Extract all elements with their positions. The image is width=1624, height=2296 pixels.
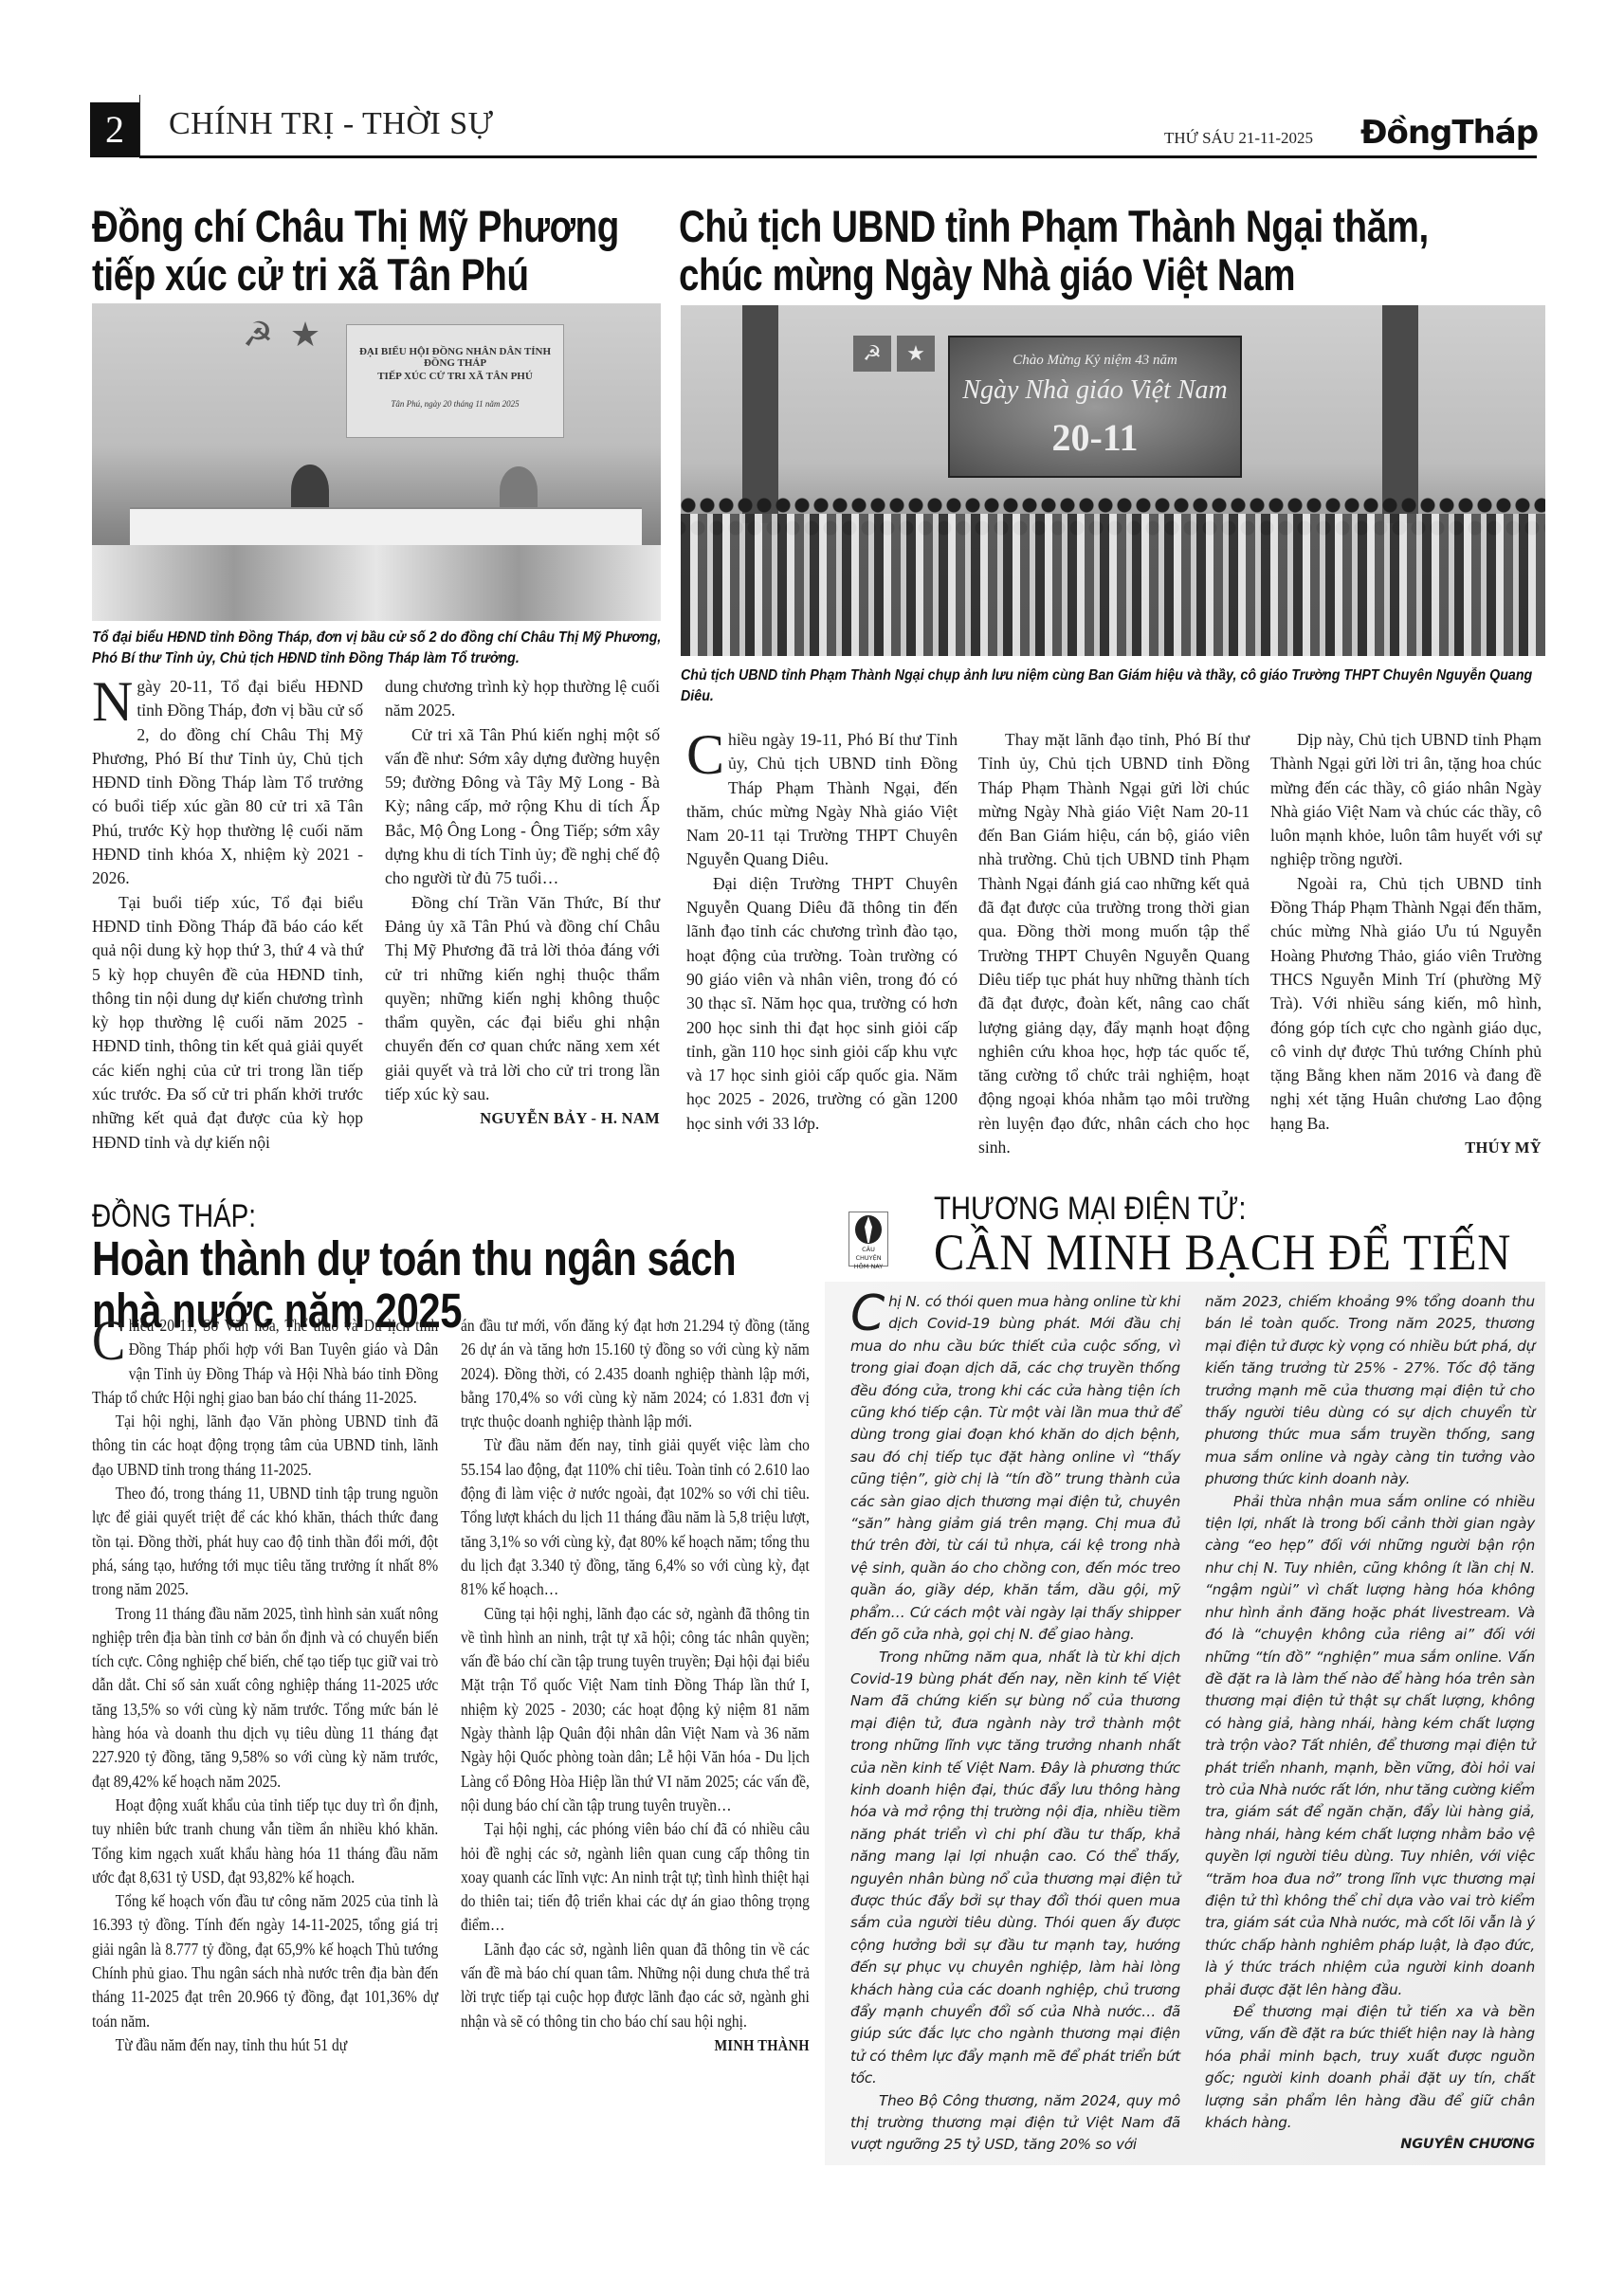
article4-col2: năm 2023, chiếm khoảng 9% tổng doanh thu… (1205, 1291, 1535, 2157)
article1-caption: Tổ đại biểu HĐND tỉnh Đồng Tháp, đơn vị … (92, 628, 667, 669)
dropcap: C (92, 1318, 125, 1363)
paragraph: hiều ngày 19-11, Phó Bí thư Tỉnh ủy, Chủ… (686, 730, 958, 868)
table-drape (92, 545, 661, 621)
paragraph: dung chương trình kỳ họp thường lệ cuối … (385, 675, 660, 723)
article2-col1: Chiều ngày 19-11, Phó Bí thư Tỉnh ủy, Ch… (686, 728, 958, 1136)
paragraph: Lãnh đạo các sở, ngành liên quan đã thôn… (461, 1938, 810, 2033)
header-divider (139, 95, 140, 157)
article1-photo: ☭ ★ ĐẠI BIỂU HỘI ĐỒNG NHÂN DÂN TỈNH ĐỒNG… (92, 303, 661, 621)
paragraph: Từ đầu năm đến nay, tỉnh giải quyết việc… (461, 1433, 810, 1601)
paragraph: Thay mặt lãnh đạo tỉnh, Phó Bí thư Tỉnh … (978, 728, 1250, 1159)
paragraph: Trong 11 tháng đầu năm 2025, tình hình s… (92, 1602, 438, 1794)
article2-headline: Chủ tịch UBND tỉnh Phạm Thành Ngại thăm,… (679, 203, 1534, 300)
paragraph: án đầu tư mới, vốn đăng ký đạt hơn 21.29… (461, 1314, 810, 1433)
logo-label: CÂU CHUYỆN HÔM NAY (849, 1246, 887, 1271)
screen-line1: Chào Mừng Kỷ niệm 43 năm (950, 353, 1240, 369)
masthead-logo: ĐồngTháp (1360, 114, 1538, 152)
article3-col2: án đầu tư mới, vốn đăng ký đạt hơn 21.29… (461, 1314, 810, 2057)
logo-label-line2: HÔM NAY (849, 1263, 887, 1271)
paragraph: Phải thừa nhận mua sắm online có nhiều t… (1205, 1491, 1535, 2001)
paragraph: Tại buổi tiếp xúc, Tổ đại biểu HĐND tỉnh… (92, 891, 363, 1155)
paragraph: Theo đó, trong tháng 11, UBND tỉnh tập t… (92, 1482, 438, 1601)
article1-headline: Đồng chí Châu Thị Mỹ Phương tiếp xúc cử … (92, 203, 651, 300)
logo-label-line1: CÂU CHUYỆN (849, 1246, 887, 1263)
article1-col1: Ngày 20-11, Tổ đại biểu HĐND tỉnh Đồng T… (92, 675, 363, 1155)
head-table (130, 507, 642, 545)
paragraph: Tổng kế hoạch vốn đầu tư công năm 2025 c… (92, 1889, 438, 2033)
hammer-sickle-icon: ☭ (239, 317, 277, 353)
paragraph: Từ đầu năm đến nay, tỉnh thu hút 51 dự (92, 2033, 438, 2057)
article2-headline-line2: chúc mừng Ngày Nhà giáo Việt Nam (679, 251, 1534, 300)
dropcap: C (850, 1293, 885, 1335)
article3-col1: Chiều 20-11, Sở Văn hóa, Thể thao và Du … (92, 1314, 438, 2057)
paragraph: Đại diện Trường THPT Chuyên Nguyễn Quang… (686, 872, 958, 1136)
star-icon: ★ (286, 317, 324, 353)
event-screen: Chào Mừng Kỷ niệm 43 năm Ngày Nhà giáo V… (948, 336, 1242, 478)
article1-headline-line2: tiếp xúc cử tri xã Tân Phú (92, 251, 651, 300)
dropcap: N (92, 679, 133, 724)
article3-byline: MINH THÀNH (461, 2033, 810, 2057)
paragraph: Ngoài ra, Chủ tịch UBND tỉnh Đồng Tháp P… (1270, 872, 1542, 1136)
article2-col2: Thay mặt lãnh đạo tỉnh, Phó Bí thư Tỉnh … (978, 728, 1250, 1159)
article2-col3: Dịp này, Chủ tịch UBND tỉnh Phạm Thành N… (1270, 728, 1542, 1159)
hammer-sickle-icon: ☭ (853, 336, 891, 372)
article2-photo: ☭ ★ Chào Mừng Kỷ niệm 43 năm Ngày Nhà gi… (681, 305, 1545, 656)
screen-line3: 20-11 (950, 415, 1240, 460)
paragraph: Cử tri xã Tân Phú kiến nghị một số vấn đ… (385, 723, 660, 891)
pillar (1382, 305, 1418, 523)
paragraph: Hoạt động xuất khẩu của tỉnh tiếp tục du… (92, 1794, 438, 1889)
paragraph: Theo Bộ Công thương, năm 2024, quy mô th… (850, 2090, 1180, 2157)
banner-line1: ĐẠI BIỂU HỘI ĐỒNG NHÂN DÂN TỈNH ĐỒNG THÁ… (347, 346, 563, 369)
paragraph: hiều 20-11, Sở Văn hóa, Thể thao và Du l… (92, 1316, 438, 1407)
paragraph: Trong những năm qua, nhất là từ khi dịch… (850, 1647, 1180, 2090)
article1-headline-line1: Đồng chí Châu Thị Mỹ Phương (92, 203, 651, 251)
paragraph: năm 2023, chiếm khoảng 9% tổng doanh thu… (1205, 1291, 1535, 1491)
paragraph: hị N. có thói quen mua hàng online từ kh… (850, 1293, 1180, 1643)
paragraph: Để thương mại điện tử tiến xa và bền vữn… (1205, 2001, 1535, 2134)
group-photo-crowd (681, 514, 1545, 656)
paragraph: Đồng chí Trần Văn Thức, Bí thư Đảng ủy x… (385, 891, 660, 1107)
event-banner: ĐẠI BIỂU HỘI ĐỒNG NHÂN DÂN TỈNH ĐỒNG THÁ… (346, 324, 564, 438)
banner-line2: TIẾP XÚC CỬ TRI XÃ TÂN PHÚ (347, 371, 563, 382)
dropcap: C (686, 732, 724, 777)
banner-line3: Tân Phú, ngày 20 tháng 11 năm 2025 (347, 399, 563, 409)
paragraph: Cũng tại hội nghị, lãnh đạo các sở, ngàn… (461, 1602, 810, 1818)
article3-kicker: ĐỒNG THÁP: (92, 1198, 256, 1235)
section-title: CHÍNH TRỊ - THỜI SỰ (169, 106, 494, 142)
issue-date: THỨ SÁU 21-11-2025 (1164, 129, 1313, 148)
article1-byline: NGUYỄN BẢY - H. NAM (385, 1106, 660, 1130)
article2-headline-line1: Chủ tịch UBND tỉnh Phạm Thành Ngại thăm, (679, 203, 1534, 251)
article4-col1: Chị N. có thói quen mua hàng online từ k… (850, 1291, 1180, 2157)
cau-chuyen-hom-nay-logo: CÂU CHUYỆN HÔM NAY (848, 1212, 888, 1266)
pillar (742, 305, 778, 523)
paragraph: Tại hội nghị, lãnh đạo Văn phòng UBND tỉ… (92, 1410, 438, 1482)
screen-line2: Ngày Nhà giáo Việt Nam (950, 375, 1240, 406)
article2-caption: Chủ tịch UBND tỉnh Phạm Thành Ngại chụp … (681, 665, 1553, 707)
article4-byline: NGUYÊN CHƯƠNG (1205, 2134, 1535, 2156)
star-icon: ★ (897, 336, 935, 372)
article3-headline-line1: Hoàn thành dự toán thu ngân sách (92, 1232, 838, 1285)
paragraph: Dịp này, Chủ tịch UBND tỉnh Phạm Thành N… (1270, 728, 1542, 872)
paragraph: Tại hội nghị, các phóng viên báo chí đã … (461, 1817, 810, 1937)
page-number: 2 (90, 102, 139, 157)
article1-col2: dung chương trình kỳ họp thường lệ cuối … (385, 675, 660, 1131)
header-rule (139, 155, 1537, 158)
article2-byline: THÚY MỸ (1270, 1136, 1542, 1159)
